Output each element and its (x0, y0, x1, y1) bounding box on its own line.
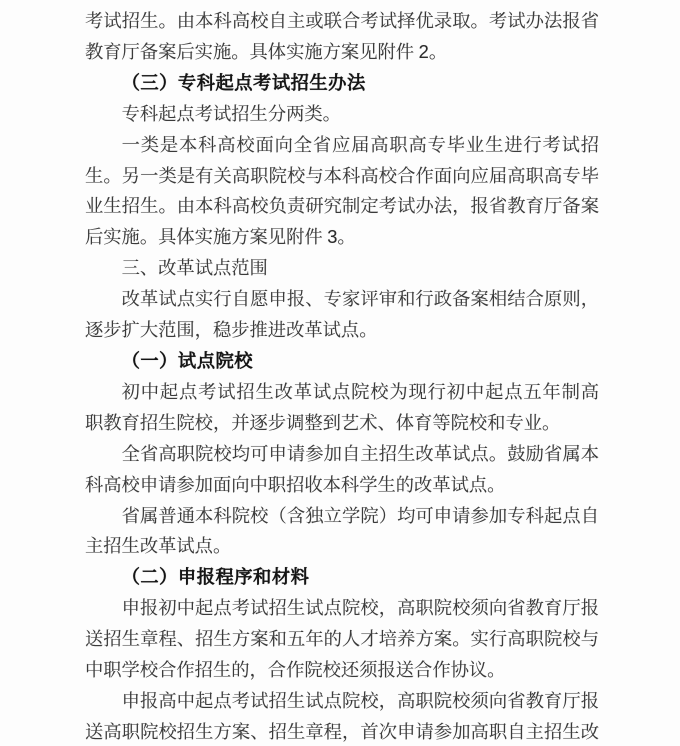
line-text: 专科起点考试招生分两类。 (122, 104, 341, 124)
text-line-20: 申报初中起点考试招生试点院校，高职院校须向省教育厅报 (85, 593, 599, 624)
text-line-7: 业生招生。由本科高校负责研究制定考试办法，报省教育厅备案 (85, 191, 599, 222)
text-line-22: 中职学校合作招生的，合作院校还须报送合作协议。 (85, 655, 599, 686)
text-line-10: 改革试点实行自愿申报、专家评审和行政备案相结合原则， (85, 284, 599, 315)
line-text: 职教育招生院校，并逐步调整到艺术、体育等院校和专业。 (85, 413, 560, 433)
line-text: 教育厅备案后实施。具体实施方案见附件 (85, 42, 419, 62)
text-line-13: 初中起点考试招生改革试点院校为现行初中起点五年制高 (85, 377, 599, 408)
text-line-6: 生。另一类是有关高职院校与本科高校合作面向应届高职高专毕 (85, 161, 599, 192)
line-text: 送高职院校招生方案、招生章程，首次申请参加高职自主招生改 (85, 722, 599, 742)
text-line-1: 考试招生。由本科高校自主或联合考试择优录取。考试办法报省 (85, 6, 599, 37)
line-text: 中职学校合作招生的，合作院校还须报送合作协议。 (85, 660, 505, 680)
line-text: 申报初中起点考试招生试点院校，高职院校须向省教育厅报 (122, 598, 599, 618)
line-text: 申报高中起点考试招生试点院校，高职院校须向省教育厅报 (122, 691, 599, 711)
text-line-14: 职教育招生院校，并逐步调整到艺术、体育等院校和专业。 (85, 408, 599, 439)
line-text: 。 (429, 42, 447, 62)
text-line-5: 一类是本科高校面向全省应届高职高专毕业生进行考试招 (85, 130, 599, 161)
line-text: 改革试点实行自愿申报、专家评审和行政备案相结合原则， (122, 289, 599, 309)
line-text: （一）试点院校 (122, 350, 253, 371)
text-line-24: 送高职院校招生方案、招生章程，首次申请参加高职自主招生改 (85, 717, 599, 746)
text-line-11: 逐步扩大范围，稳步推进改革试点。 (85, 315, 599, 346)
document-text-block: 考试招生。由本科高校自主或联合考试择优录取。考试办法报省教育厅备案后实施。具体实… (85, 6, 599, 746)
line-text: 考试招生。由本科高校自主或联合考试择优录取。考试办法报省 (85, 11, 599, 31)
section-heading-line-3: （三）专科起点考试招生办法 (85, 68, 599, 99)
section-heading-line-19: （二）申报程序和材料 (85, 562, 599, 593)
text-line-4: 专科起点考试招生分两类。 (85, 99, 599, 130)
line-text: 一类是本科高校面向全省应届高职高专毕业生进行考试招 (122, 135, 599, 155)
text-line-16: 科高校申请参加面向中职招收本科学生的改革试点。 (85, 470, 599, 501)
line-text: 三、改革试点范围 (122, 258, 268, 278)
text-line-15: 全省高职院校均可申请参加自主招生改革试点。鼓励省属本 (85, 439, 599, 470)
line-text: 送招生章程、招生方案和五年的人才培养方案。实行高职院校与 (85, 629, 599, 649)
line-text: 全省高职院校均可申请参加自主招生改革试点。鼓励省属本 (122, 444, 599, 464)
line-text: 科高校申请参加面向中职招收本科学生的改革试点。 (85, 475, 505, 495)
line-text: 逐步扩大范围，稳步推进改革试点。 (85, 320, 378, 340)
document-page: 考试招生。由本科高校自主或联合考试择优录取。考试办法报省教育厅备案后实施。具体实… (0, 0, 680, 746)
text-line-21: 送招生章程、招生方案和五年的人才培养方案。实行高职院校与 (85, 624, 599, 655)
text-line-17: 省属普通本科院校（含独立学院）均可申请参加专科起点自 (85, 501, 599, 532)
line-text: 。 (337, 227, 355, 247)
line-text: （二）申报程序和材料 (122, 566, 310, 587)
line-text: 主招生改革试点。 (85, 536, 231, 556)
text-line-2: 教育厅备案后实施。具体实施方案见附件 2。 (85, 37, 599, 68)
text-line-23: 申报高中起点考试招生试点院校，高职院校须向省教育厅报 (85, 686, 599, 717)
line-text: 业生招生。由本科高校负责研究制定考试办法，报省教育厅备案 (85, 196, 599, 216)
section-heading-line-12: （一）试点院校 (85, 346, 599, 377)
text-line-9: 三、改革试点范围 (85, 253, 599, 284)
text-line-18: 主招生改革试点。 (85, 531, 599, 562)
line-text: （三）专科起点考试招生办法 (122, 72, 366, 93)
attachment-number: 2 (419, 41, 429, 62)
line-text: 初中起点考试招生改革试点院校为现行初中起点五年制高 (122, 382, 599, 402)
line-text: 省属普通本科院校（含独立学院）均可申请参加专科起点自 (122, 506, 599, 526)
line-text: 生。另一类是有关高职院校与本科高校合作面向应届高职高专毕 (85, 166, 599, 186)
line-text: 后实施。具体实施方案见附件 (85, 227, 327, 247)
attachment-number: 3 (327, 226, 337, 247)
text-line-8: 后实施。具体实施方案见附件 3。 (85, 222, 599, 253)
